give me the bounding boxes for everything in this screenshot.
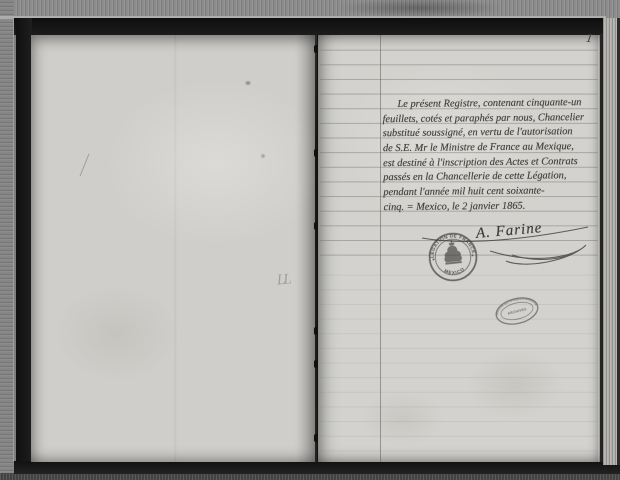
register-declaration: Le présent Registre, contenant cinquante… xyxy=(382,96,603,216)
signature-block: A. Farine xyxy=(420,221,595,269)
book-frame-top xyxy=(14,18,604,35)
page-edges-stack xyxy=(603,18,618,465)
declaration-line: cinq. = Mexico, le 2 janvier 1865. xyxy=(383,198,603,215)
photo-mat-bottom xyxy=(0,473,620,480)
scratch-mark xyxy=(80,154,90,177)
photo-mat-left xyxy=(0,0,14,480)
left-page xyxy=(31,35,316,462)
pencil-mark: LL xyxy=(276,271,290,289)
book-frame-left xyxy=(16,18,32,465)
margin-line xyxy=(380,35,381,462)
oval-stamp-center-text: ARCHIVES xyxy=(507,307,527,316)
archival-photo: LL 1 Le présent Registre, contenant cinq… xyxy=(0,0,620,480)
gutter-stitching xyxy=(315,35,317,462)
book-frame-bottom xyxy=(14,461,620,474)
ruled-lines-faint xyxy=(320,261,598,459)
signature-flourish xyxy=(420,221,595,269)
